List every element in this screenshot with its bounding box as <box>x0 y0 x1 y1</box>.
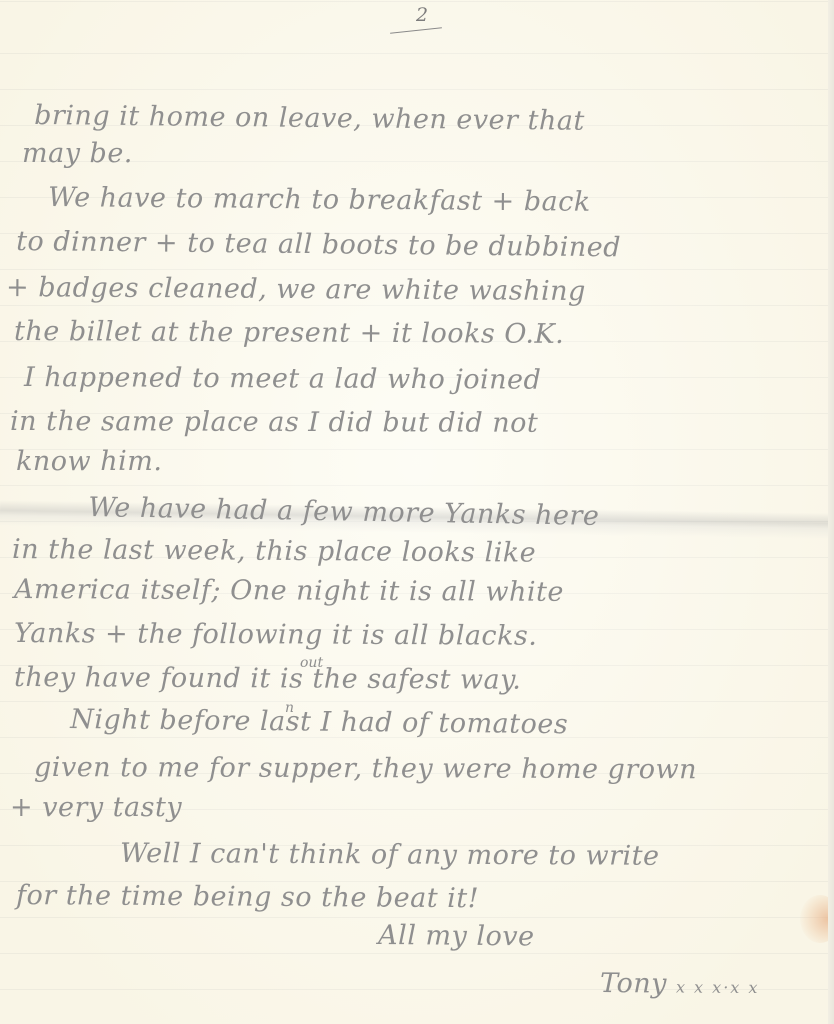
letter-line: in the last week, this place looks like <box>12 534 536 569</box>
closing-line: All my love <box>378 920 535 952</box>
letter-line: bring it home on leave, when ever that <box>34 100 585 137</box>
letter-line: Yanks + the following it is all blacks. <box>14 618 537 652</box>
letter-line: may be. <box>22 138 133 169</box>
letter-line: Night before last I had of tomatoes <box>70 704 568 740</box>
letter-line: in the same place as I did but did not <box>10 406 538 439</box>
letter-line: We have to march to breakfast + back <box>48 182 591 218</box>
signature-name: Tony <box>600 968 667 999</box>
signature-kisses: x x x·x x <box>676 978 760 998</box>
letter-line: the billet at the present + it looks O.K… <box>14 316 564 350</box>
letter-line: + badges cleaned, we are white washing <box>6 272 586 307</box>
letter-line: + very tasty <box>10 792 182 823</box>
letter-line: America itself; One night it is all whit… <box>14 574 564 608</box>
letter-line: given to me for supper, they were home g… <box>34 752 697 785</box>
letter-line: to dinner + to tea all boots to be dubbi… <box>16 226 621 263</box>
signature: Tony x x x·x x <box>600 968 760 1000</box>
letter-line: they have found it is the safest way. <box>14 662 522 696</box>
letter-line: know him. <box>16 446 162 477</box>
page-number: 2 <box>402 4 442 26</box>
letter-line: I happened to meet a lad who joined <box>24 362 541 396</box>
paper-edge <box>828 0 834 1024</box>
letter-line: for the time being so the beat it! <box>16 880 479 914</box>
letter-line: Well I can't think of any more to write <box>120 838 660 872</box>
